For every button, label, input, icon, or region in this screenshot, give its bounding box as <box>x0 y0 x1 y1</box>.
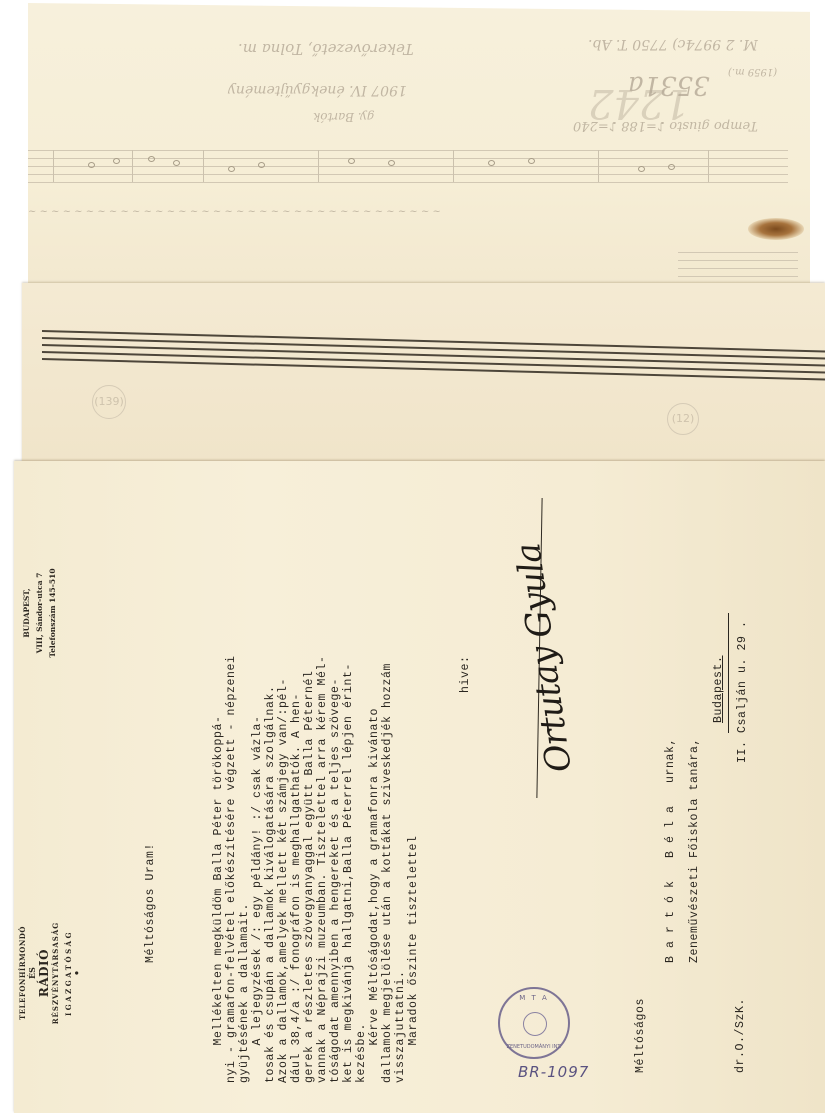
pencil-staff-line <box>28 150 788 151</box>
body-line: dallamok megjelölése után a kottákat szi… <box>381 483 394 1083</box>
pencil-barline <box>453 150 454 182</box>
back-sheet-pencil-notation: Tekerővezető, Tolna m. 1907 IV. énekgyűj… <box>28 0 810 298</box>
pencil-note: gy. Bartók <box>313 110 375 124</box>
pencil-note-head <box>638 166 645 172</box>
body-line: vannak a Néprajzi muzeumban. Tisztelette… <box>316 483 329 1083</box>
coat-of-arms-icon <box>523 1012 547 1036</box>
archive-id: BR-1097 <box>518 1063 589 1081</box>
letter-body: Mellékelten megküldöm Balla Péter töröko… <box>212 483 420 1083</box>
pencil-note: 1907 IV. énekgyűjtemény <box>228 82 407 98</box>
body-line: visszajuttatni. <box>394 483 407 1083</box>
letter-rotated-content: TELEFONHÍRMONDÓ ÉS RÁDIÓ RÉSZVÉNYTÁRSASÁ… <box>14 461 825 1113</box>
circled-number: (139) <box>92 385 126 419</box>
circled-number: (12) <box>667 403 699 435</box>
body-line: kezésbe. <box>355 483 368 1083</box>
pencil-note-head <box>88 162 95 168</box>
body-line: gerek a részletes szövegyanyaggal együtt… <box>303 483 316 1083</box>
recipient-name: B a r t ó k B é l a urnak, <box>664 738 677 963</box>
pencil-staff-line <box>28 158 788 159</box>
recipient-street: II. Csalján u. 29 . <box>736 620 749 763</box>
recipient-honorific: Méltóságos <box>634 998 647 1073</box>
salutation: Méltóságos Uram! <box>144 843 157 963</box>
pencil-note-head <box>388 160 395 166</box>
pencil-staff-line <box>678 260 798 261</box>
body-line: nyi - gramafon-felvétel előkészítésére v… <box>225 483 238 1083</box>
body-line: gyüjtésének a dallamait. <box>238 483 251 1083</box>
body-line: Mellékelten megküldöm Balla Péter töröko… <box>212 483 225 1083</box>
pencil-note-head <box>148 156 155 162</box>
address-line: VIII, Sándor-utca 7 <box>33 523 46 703</box>
pencil-barline <box>203 150 204 182</box>
pencil-note: 1242 <box>588 80 690 126</box>
pencil-staff-line <box>28 182 788 183</box>
pencil-note: (1959 m.) <box>728 66 777 77</box>
address-line: Telefonszám 145-510 <box>46 523 59 703</box>
stamp-ring-text: ZENETUDOMÁNYI INT. <box>500 1044 568 1050</box>
body-line: Maradok őszinte tisztelettel <box>407 483 420 1083</box>
letterhead-address: BUDAPEST, VIII, Sándor-utca 7 Telefonszá… <box>20 523 59 703</box>
pencil-barline <box>53 150 54 182</box>
pencil-note-head <box>488 160 495 166</box>
pencil-staff-line <box>678 276 798 277</box>
body-line: ket is megkivánja hallgatni,Balla Péterr… <box>342 483 355 1083</box>
body-line: A lejegyzések /: egy példány! :/ csak vá… <box>251 483 264 1083</box>
letterhead-line: RÉSZVÉNYTÁRSASÁG <box>51 843 60 1103</box>
signature: Ortutay Gyula <box>508 541 580 774</box>
letterhead-line: ÉS <box>27 843 37 1103</box>
circled-number-text: (12) <box>672 412 695 425</box>
recipient-city: Budapest. <box>712 655 725 723</box>
pencil-barline <box>708 150 709 182</box>
stamp-top-text: M T A <box>500 994 568 1002</box>
pencil-note-head <box>258 162 265 168</box>
pencil-note-head <box>668 164 675 170</box>
pencil-note-head <box>348 158 355 164</box>
pencil-staff-line <box>28 174 788 175</box>
body-line: Kérve Méltóságodat,hogy a gramafonra kiv… <box>368 483 381 1083</box>
recipient-title: Zeneművészeti Főiskola tanára, <box>688 738 701 963</box>
pencil-barline <box>318 150 319 182</box>
address-line: BUDAPEST, <box>20 523 33 703</box>
body-line: dául 38,4/a :/ fonográfon is meghallgath… <box>290 483 303 1083</box>
pencil-lyrics: ~ ~ ~ ~ ~ ~ ~ ~ ~ ~ ~ ~ ~ ~ ~ ~ ~ ~ ~ ~ … <box>28 205 441 216</box>
reference-code: dr.O./SzK. <box>734 998 747 1073</box>
pencil-note: Tekerővezető, Tolna m. <box>238 40 414 58</box>
circled-number-text: (139) <box>94 395 124 408</box>
middle-sheet-staff-paper: (139) (12) <box>22 283 825 473</box>
pencil-barline <box>132 150 133 182</box>
water-stain <box>748 218 804 240</box>
pencil-staff-line <box>678 268 798 269</box>
letterhead-org-name: RÁDIÓ <box>37 843 51 1103</box>
pencil-note-head <box>228 166 235 172</box>
ornament-icon: • <box>73 843 83 1103</box>
letterhead-department: IGAZGATÓSÁG <box>64 843 73 1103</box>
pencil-note-head <box>528 158 535 164</box>
letter-sheet: TELEFONHÍRMONDÓ ÉS RÁDIÓ RÉSZVÉNYTÁRSASÁ… <box>14 461 825 1113</box>
letterhead-line: TELEFONHÍRMONDÓ <box>18 843 27 1103</box>
address-underline <box>728 613 729 733</box>
body-line: tóságodat amennyiben a hengereket és a t… <box>329 483 342 1083</box>
pencil-note-head <box>113 158 120 164</box>
body-line: tosak és csupán a dallamok kiválogatásár… <box>264 483 277 1083</box>
archive-stamp: M T A ZENETUDOMÁNYI INT. <box>498 987 570 1059</box>
letterhead: TELEFONHÍRMONDÓ ÉS RÁDIÓ RÉSZVÉNYTÁRSASÁ… <box>18 843 83 1103</box>
pencil-note-head <box>173 160 180 166</box>
closing: hive: <box>459 655 472 693</box>
body-line: Azok a dallamok,amelyek mellett két szám… <box>277 483 290 1083</box>
pencil-barline <box>598 150 599 182</box>
pencil-note: M. 2 9974c) 7750 T. Ab. <box>588 36 758 52</box>
pencil-staff-line <box>678 252 798 253</box>
